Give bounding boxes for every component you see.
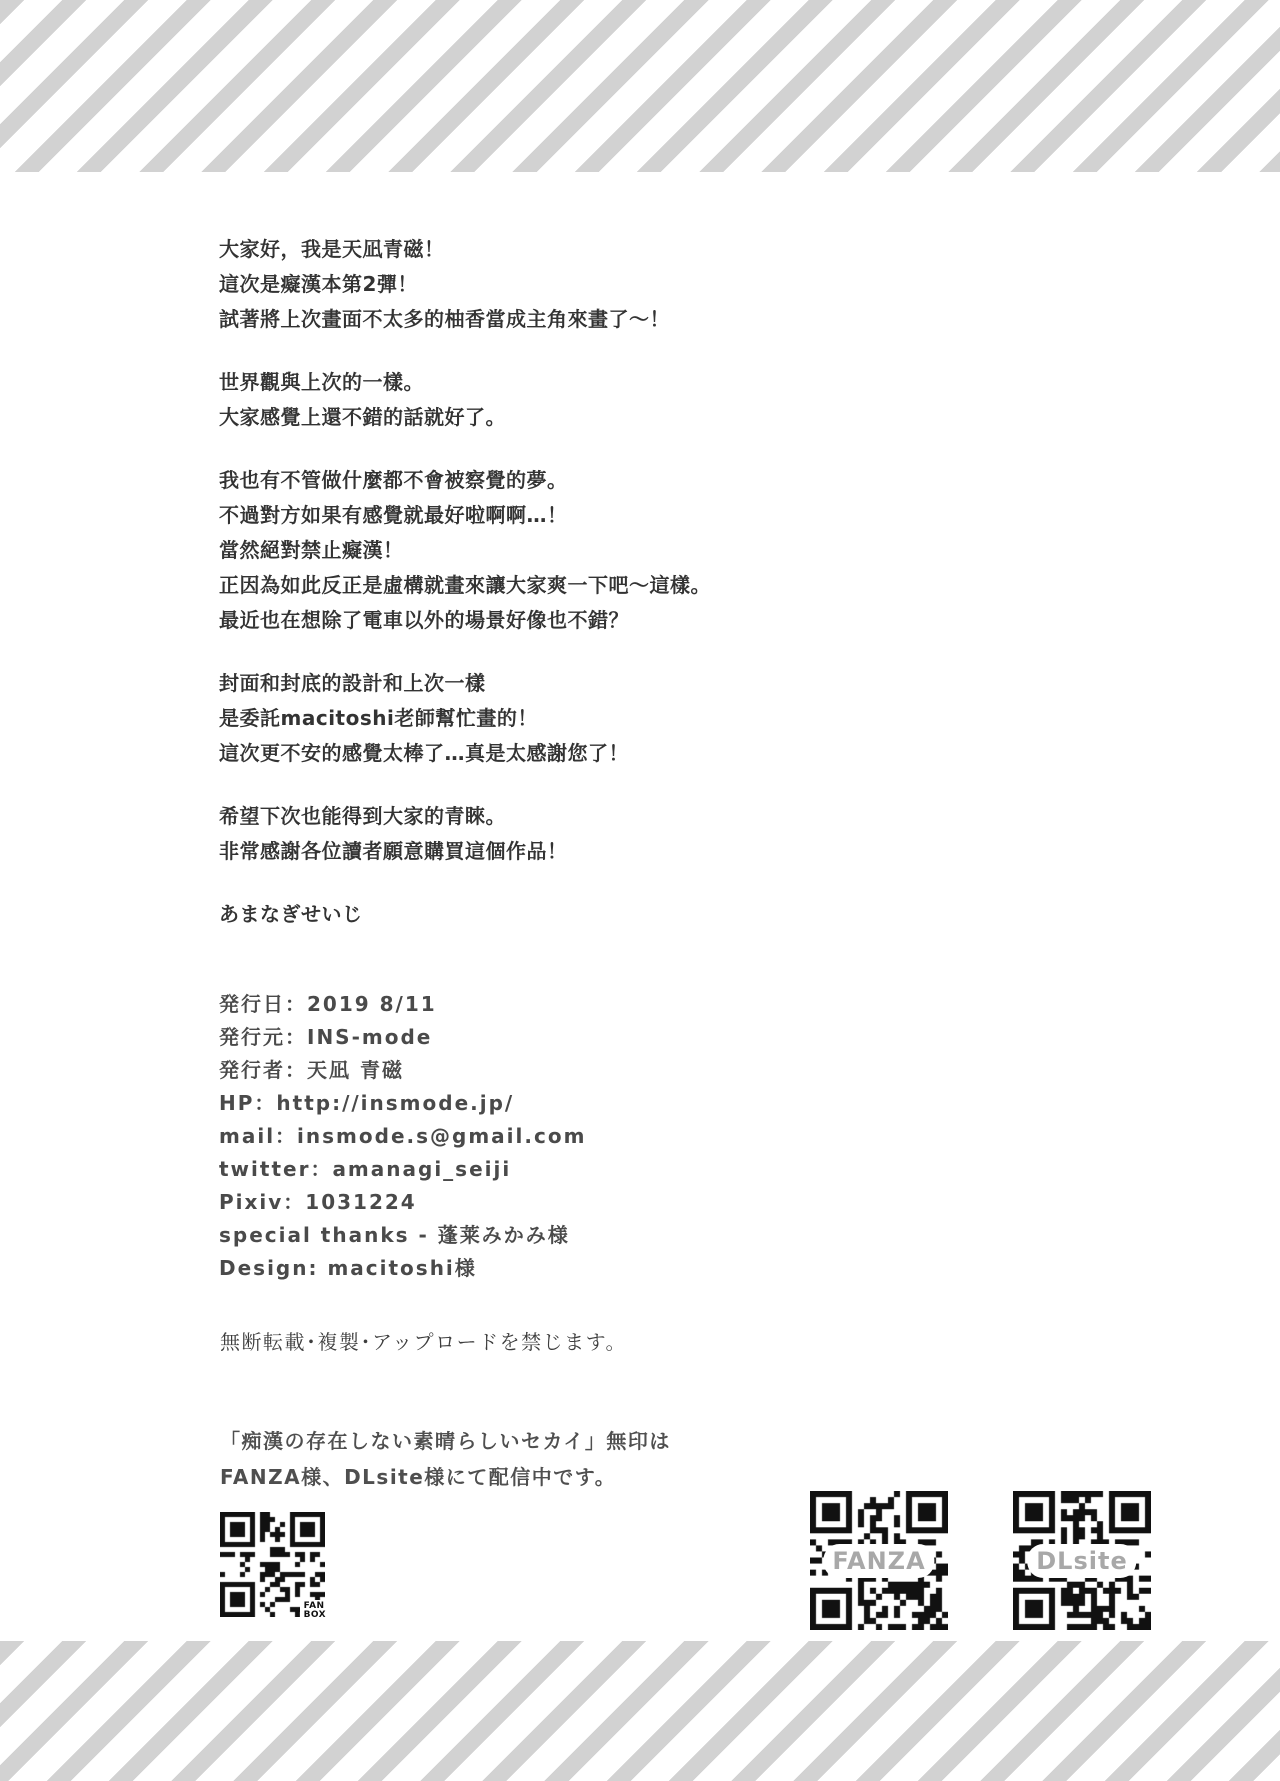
paragraph-greeting: 大家好，我是天凪青磁！ 這次是癡漢本第2彈！ 試著將上次畫面不太多的柚香當成主角… bbox=[219, 232, 711, 337]
credit-line-mail: mail：insmode.s@gmail.com bbox=[219, 1120, 586, 1153]
afterword-text: 大家好，我是天凪青磁！ 這次是癡漢本第2彈！ 試著將上次畫面不太多的柚香當成主角… bbox=[219, 232, 711, 960]
paragraph-dream: 我也有不管做什麼都不會被察覺的夢。 不過對方如果有感覺就最好啦啊啊…！ 當然絕對… bbox=[219, 463, 711, 638]
text-line: あまなぎせいじ bbox=[219, 897, 711, 932]
credit-line-pixiv: Pixiv：1031224 bbox=[219, 1186, 586, 1219]
credit-line-author: 発行者：天凪 青磁 bbox=[219, 1054, 586, 1087]
text-line: 封面和封底的設計和上次一樣 bbox=[219, 666, 711, 701]
fanbox-qr-code: FAN BOX bbox=[220, 1512, 325, 1617]
striped-border-top bbox=[0, 0, 1280, 172]
text-line: 試著將上次畫面不太多的柚香當成主角來畫了～！ bbox=[219, 302, 711, 337]
distribution-note-line1: 「痴漢の存在しない素晴らしいセカイ」無印は bbox=[220, 1423, 671, 1459]
text-line: 不過對方如果有感覺就最好啦啊啊…！ bbox=[219, 498, 711, 533]
credit-line-special-thanks: special thanks - 蓬莱みかみ様 bbox=[219, 1219, 586, 1252]
fanbox-label: FAN BOX bbox=[300, 1600, 326, 1620]
fanbox-label-line2: BOX bbox=[304, 1611, 326, 1620]
text-line: 這次是癡漢本第2彈！ bbox=[219, 267, 711, 302]
fanza-qr-code: FANZA bbox=[810, 1491, 948, 1630]
paragraph-thanks: 希望下次也能得到大家的青睞。 非常感謝各位讀者願意購買這個作品！ bbox=[219, 799, 711, 869]
text-line: 希望下次也能得到大家的青睞。 bbox=[219, 799, 711, 834]
credit-line-homepage: HP：http://insmode.jp/ bbox=[219, 1087, 586, 1120]
text-line: 正因為如此反正是虛構就畫來讓大家爽一下吧～這樣。 bbox=[219, 568, 711, 603]
text-line: 當然絕對禁止癡漢！ bbox=[219, 533, 711, 568]
author-signature: あまなぎせいじ bbox=[219, 897, 711, 932]
dlsite-qr-code: DLsite bbox=[1013, 1491, 1151, 1630]
dlsite-label: DLsite bbox=[1027, 1544, 1136, 1578]
text-line: 最近也在想除了電車以外的場景好像也不錯？ bbox=[219, 603, 711, 638]
text-line: 大家好，我是天凪青磁！ bbox=[219, 232, 711, 267]
text-line: 世界觀與上次的一樣。 bbox=[219, 365, 711, 400]
text-line: 這次更不安的感覺太棒了…真是太感謝您了！ bbox=[219, 736, 711, 771]
paragraph-cover-design: 封面和封底的設計和上次一樣 是委託macitoshi老師幫忙畫的！ 這次更不安的… bbox=[219, 666, 711, 771]
text-line: 非常感謝各位讀者願意購買這個作品！ bbox=[219, 834, 711, 869]
paragraph-world: 世界觀與上次的一樣。 大家感覺上還不錯的話就好了。 bbox=[219, 365, 711, 435]
credit-line-design: Design: macitoshi様 bbox=[219, 1252, 586, 1285]
copyright-disclaimer: 無断転載･複製･アップロードを禁じます。 bbox=[220, 1326, 627, 1355]
credit-line-twitter: twitter：amanagi_seiji bbox=[219, 1153, 586, 1186]
afterword-page: 大家好，我是天凪青磁！ 這次是癡漢本第2彈！ 試著將上次畫面不太多的柚香當成主角… bbox=[0, 0, 1280, 1781]
striped-border-bottom bbox=[0, 1641, 1280, 1781]
distribution-note: 「痴漢の存在しない素晴らしいセカイ」無印は FANZA様、DLsite様にて配信… bbox=[220, 1423, 671, 1495]
text-line: 我也有不管做什麼都不會被察覺的夢。 bbox=[219, 463, 711, 498]
publication-info: 発行日：2019 8/11 発行元：INS-mode 発行者：天凪 青磁 HP：… bbox=[219, 988, 586, 1285]
credit-line-publish-date: 発行日：2019 8/11 bbox=[219, 988, 586, 1021]
credit-line-publisher: 発行元：INS-mode bbox=[219, 1021, 586, 1054]
text-line: 大家感覺上還不錯的話就好了。 bbox=[219, 400, 711, 435]
distribution-note-line2: FANZA様、DLsite様にて配信中です。 bbox=[220, 1459, 671, 1495]
fanza-label: FANZA bbox=[823, 1544, 934, 1578]
text-line: 是委託macitoshi老師幫忙畫的！ bbox=[219, 701, 711, 736]
